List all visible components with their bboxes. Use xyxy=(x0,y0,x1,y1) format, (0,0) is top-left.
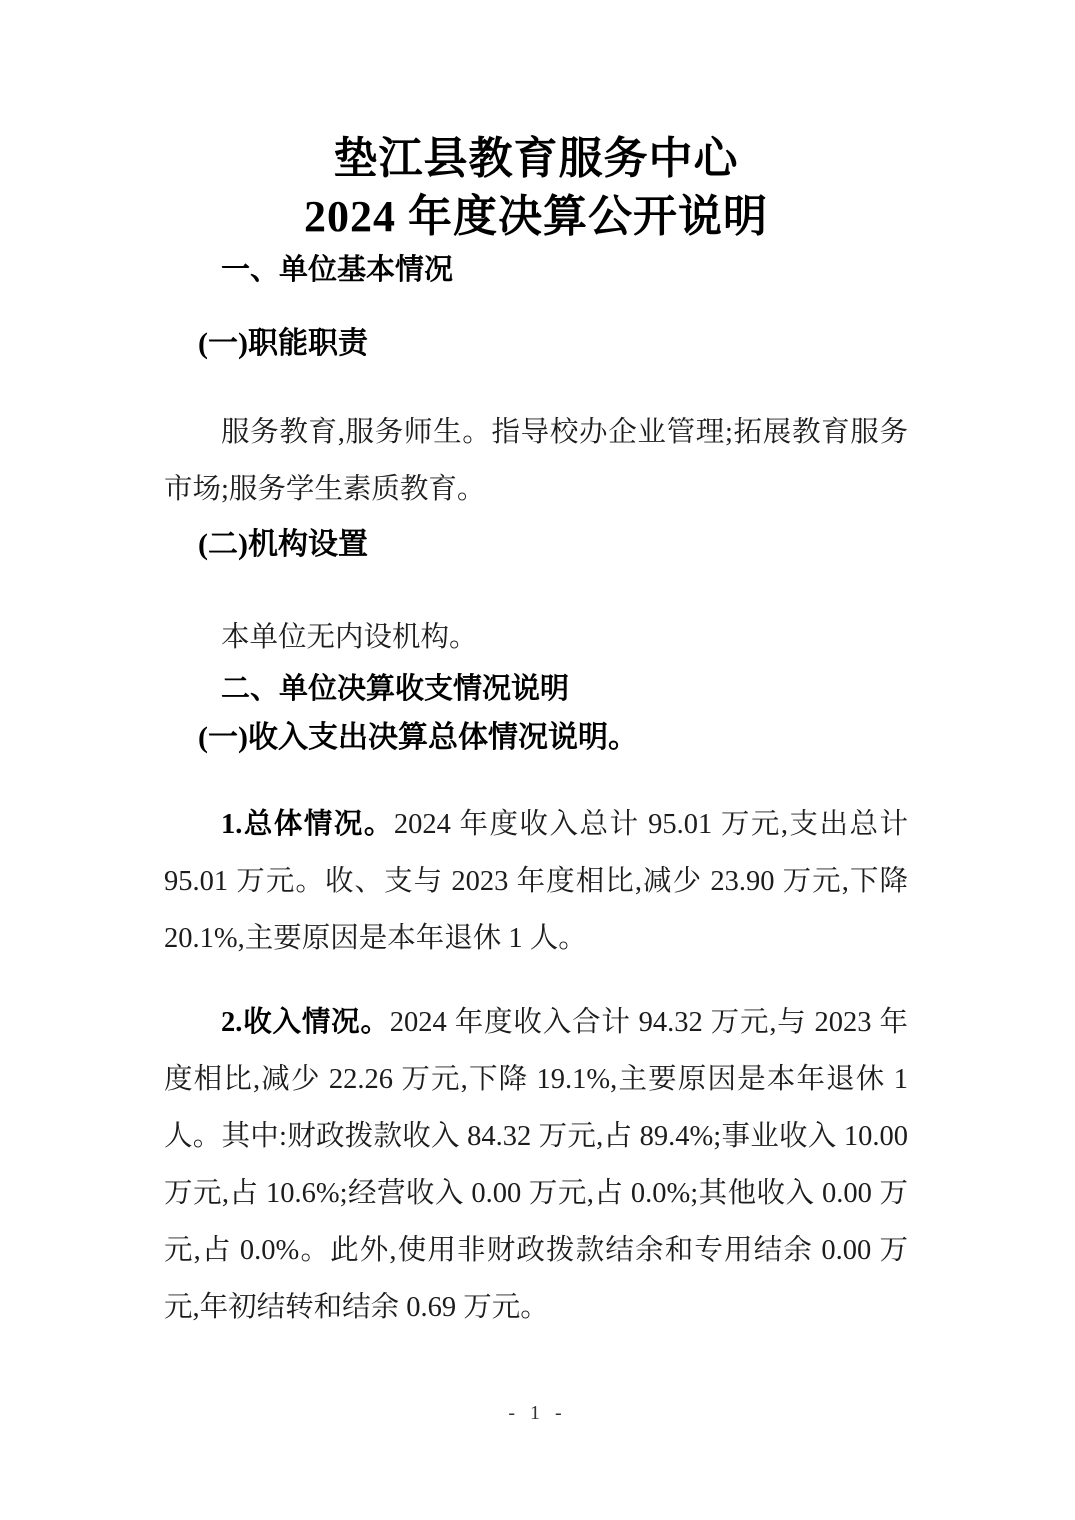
paragraph-duties: 服务教育,服务师生。指导校办企业管理;拓展教育服务市场;服务学生素质教育。 xyxy=(164,404,908,518)
document-content: 垫江县教育服务中心 2024 年度决算公开说明 一、单位基本情况 (一)职能职责… xyxy=(164,0,908,1336)
heading-section-one-basic-info: 一、单位基本情况 xyxy=(164,248,908,292)
paragraph-overall-situation: 1.总体情况。2024 年度收入总计 95.01 万元,支出总计 95.01 万… xyxy=(164,796,908,967)
heading-section-two-budget: 二、单位决算收支情况说明 xyxy=(164,667,908,711)
document-title-line-2: 2024 年度决算公开说明 xyxy=(164,188,908,246)
heading-subsection-overview: (一)收入支出决算总体情况说明。 xyxy=(164,716,908,760)
paragraph-overall-lead: 1.总体情况。 xyxy=(221,809,394,840)
paragraph-income-text: 2024 年度收入合计 94.32 万元,与 2023 年度相比,减少 22.2… xyxy=(164,1007,908,1323)
paragraph-org-setup: 本单位无内设机构。 xyxy=(164,609,908,666)
paragraph-income-lead: 2.收入情况。 xyxy=(221,1007,390,1038)
heading-subsection-org-setup: (二)机构设置 xyxy=(164,523,908,567)
page-number: - 1 - xyxy=(0,1402,1075,1425)
document-page: 垫江县教育服务中心 2024 年度决算公开说明 一、单位基本情况 (一)职能职责… xyxy=(0,0,1075,1520)
heading-subsection-duties: (一)职能职责 xyxy=(164,322,908,366)
paragraph-income-situation: 2.收入情况。2024 年度收入合计 94.32 万元,与 2023 年度相比,… xyxy=(164,994,908,1336)
document-title-line-1: 垫江县教育服务中心 xyxy=(164,130,908,188)
